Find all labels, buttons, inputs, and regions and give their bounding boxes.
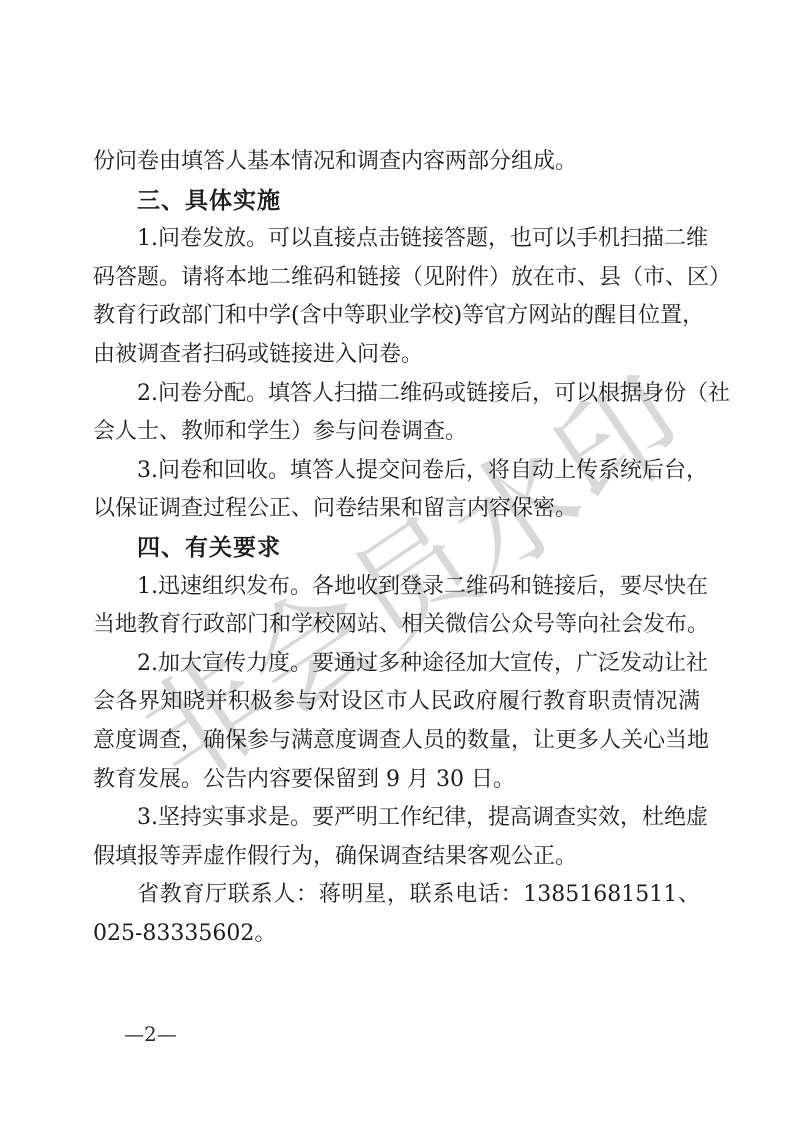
text-line: 以保证调查过程公正、问卷结果和留言内容保密。	[93, 490, 700, 529]
text-line: 3.问卷和回收。填答人提交问卷后，将自动上传系统后台，	[93, 452, 700, 491]
document-body: 份问卷由填答人基本情况和调查内容两部分组成。三、具体实施1.问卷发放。可以直接点…	[93, 143, 700, 953]
section-heading: 四、有关要求	[93, 529, 700, 568]
page-number: —2—	[124, 1022, 177, 1046]
text-line: 当地教育行政部门和学校网站、相关微信公众号等向社会发布。	[93, 606, 700, 645]
text-line: 会各界知晓并积极参与对设区市人民政府履行教育职责情况满	[93, 683, 700, 722]
text-line: 1.迅速组织发布。各地收到登录二维码和链接后，要尽快在	[93, 568, 700, 607]
text-line: 3.坚持实事求是。要严明工作纪律，提高调查实效，杜绝虚	[93, 799, 700, 838]
text-line: 2.问卷分配。填答人扫描二维码或链接后，可以根据身份（社	[93, 375, 700, 414]
text-line: 份问卷由填答人基本情况和调查内容两部分组成。	[93, 143, 700, 182]
section-heading: 三、具体实施	[93, 182, 700, 221]
document-page: 非会员水印 份问卷由填答人基本情况和调查内容两部分组成。三、具体实施1.问卷发放…	[0, 0, 793, 1122]
text-line: 教育行政部门和中学(含中等职业学校)等官方网站的醒目位置，	[93, 297, 700, 336]
text-line: 2.加大宣传力度。要通过多种途径加大宣传，广泛发动让社	[93, 645, 700, 684]
text-line: 省教育厅联系人：蒋明星，联系电话：13851681511、	[93, 876, 700, 915]
text-line: 由被调查者扫码或链接进入问卷。	[93, 336, 700, 375]
text-line: 假填报等弄虚作假行为，确保调查结果客观公正。	[93, 838, 700, 877]
text-line: 1.问卷发放。可以直接点击链接答题，也可以手机扫描二维	[93, 220, 700, 259]
text-line: 意度调查，确保参与满意度调查人员的数量，让更多人关心当地	[93, 722, 700, 761]
text-line: 会人士、教师和学生）参与问卷调查。	[93, 413, 700, 452]
text-line: 码答题。请将本地二维码和链接（见附件）放在市、县（市、区）	[93, 259, 700, 298]
text-line: 教育发展。公告内容要保留到 9 月 30 日。	[93, 761, 700, 800]
text-line: 025-83335602。	[93, 915, 700, 954]
